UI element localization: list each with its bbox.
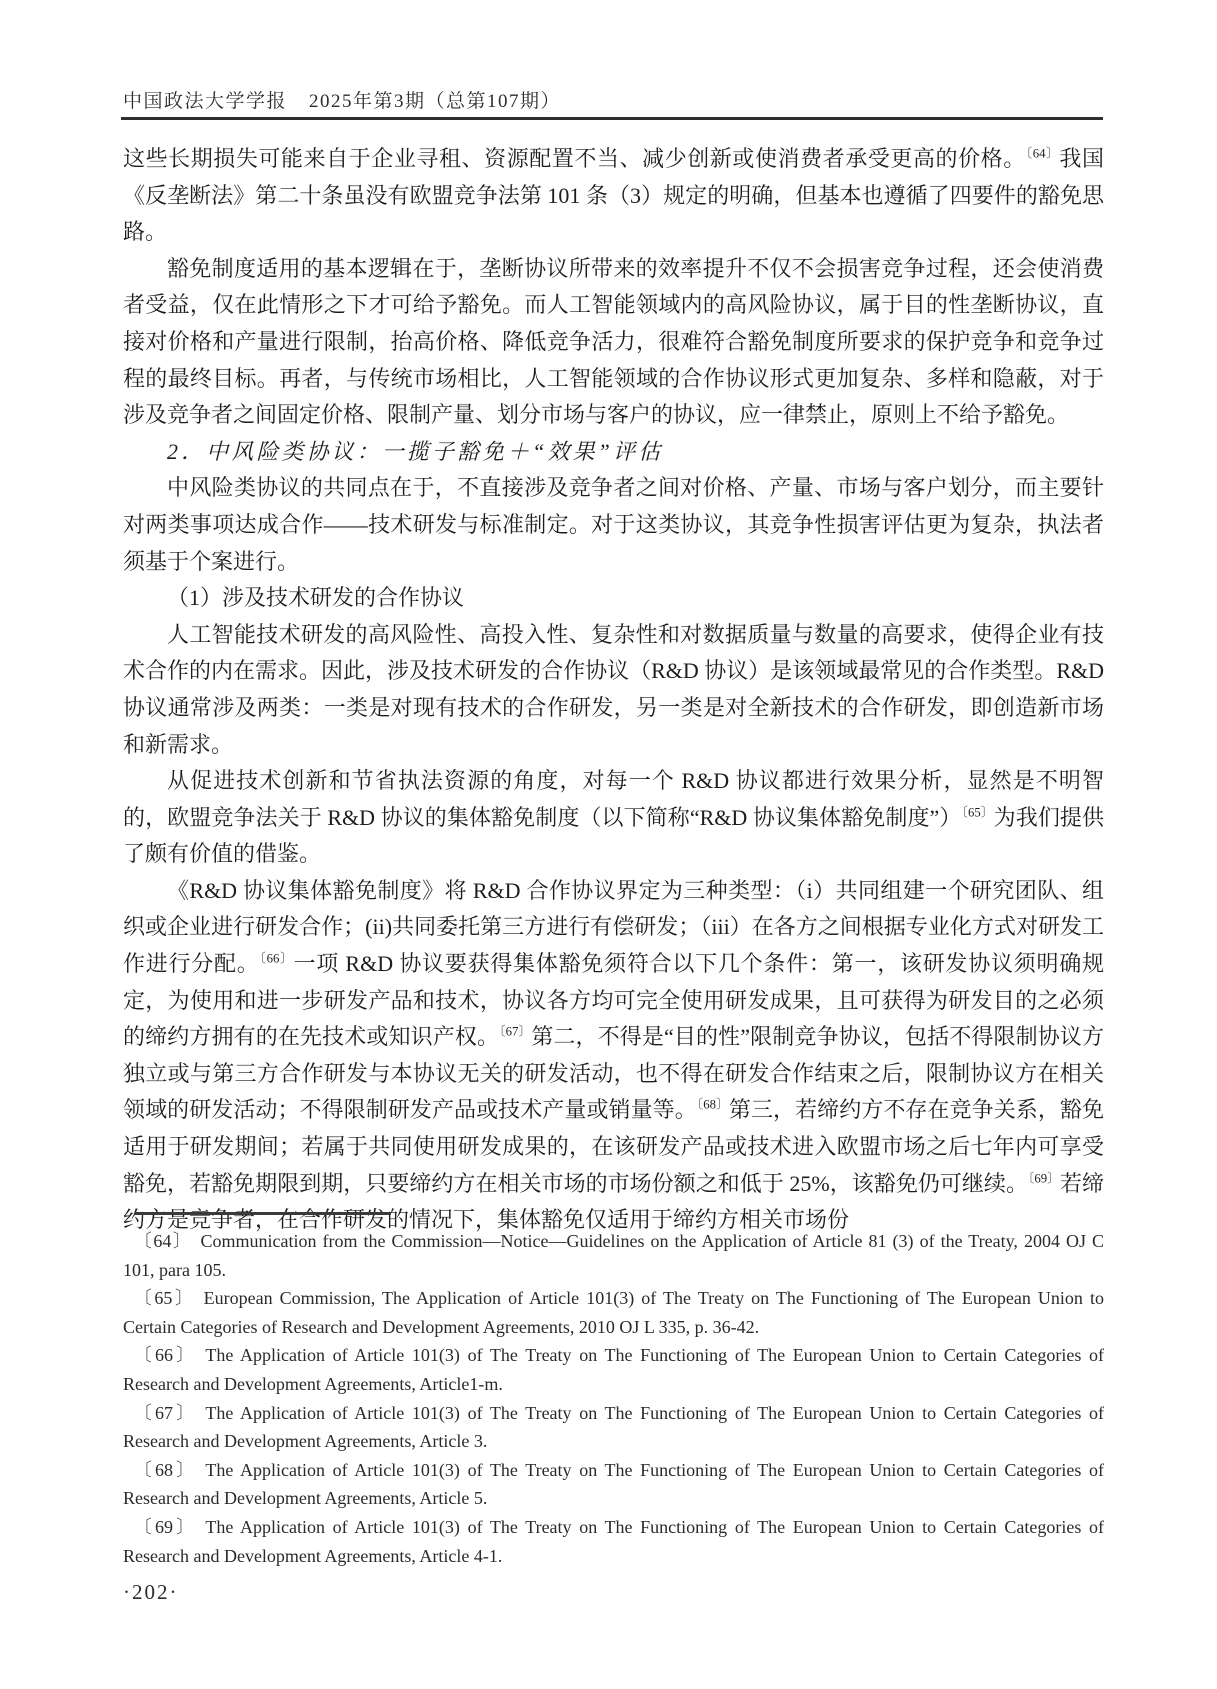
footnotes: 〔64〕Communication from the Commission—No… <box>123 1227 1104 1570</box>
footnote-separator <box>135 1212 391 1215</box>
footnote-ref: 〔67〕 <box>499 1025 531 1039</box>
footnote-marker: 〔66〕 <box>134 1345 197 1365</box>
footnote-ref: 〔68〕 <box>697 1098 729 1112</box>
footnote-marker: 〔69〕 <box>134 1517 197 1537</box>
footnote-ref: 〔69〕 <box>1028 1171 1060 1185</box>
body-paragraph: 人工智能技术研发的高风险性、高投入性、复杂性和对数据质量与数量的高要求，使得企业… <box>123 617 1104 763</box>
journal-page: 中国政法大学学报2025年第3期（总第107期） 这些长期损失可能来自于企业寻租… <box>0 0 1217 1689</box>
body-paragraph: 豁免制度适用的基本逻辑在于，垄断协议所带来的效率提升不仅不会损害竞争过程，还会使… <box>123 251 1104 434</box>
footnote-item: 〔66〕The Application of Article 101(3) of… <box>123 1341 1104 1398</box>
footnote-marker: 〔68〕 <box>134 1460 197 1480</box>
body-paragraph: 这些长期损失可能来自于企业寻租、资源配置不当、减少创新或使消费者承受更高的价格。… <box>123 141 1104 251</box>
footnote-item: 〔64〕Communication from the Commission—No… <box>123 1227 1104 1284</box>
issue-info: 2025年第3期（总第107期） <box>309 91 561 112</box>
body-paragraph: 从促进技术创新和节省执法资源的角度，对每一个 R&D 协议都进行效果分析，显然是… <box>123 763 1104 873</box>
footnote-marker: 〔67〕 <box>134 1403 197 1423</box>
header-rule <box>121 117 1103 120</box>
running-head: 中国政法大学学报2025年第3期（总第107期） <box>123 86 561 113</box>
article-body: 这些长期损失可能来自于企业寻租、资源配置不当、减少创新或使消费者承受更高的价格。… <box>123 141 1104 1239</box>
footnote-ref: 〔66〕 <box>260 952 294 966</box>
footnote-item: 〔65〕European Commission, The Application… <box>123 1284 1104 1341</box>
footnote-item: 〔69〕The Application of Article 101(3) of… <box>123 1513 1104 1570</box>
section-heading: 2．中风险类协议：一揽子豁免＋“效果”评估 <box>123 434 1104 471</box>
journal-title: 中国政法大学学报 <box>123 91 287 112</box>
page-number: ·202· <box>123 1580 179 1605</box>
footnote-ref: 〔65〕 <box>962 805 994 819</box>
footnote-ref: 〔64〕 <box>1026 147 1060 161</box>
footnote-item: 〔68〕The Application of Article 101(3) of… <box>123 1456 1104 1513</box>
body-paragraph: （1）涉及技术研发的合作协议 <box>123 580 1104 617</box>
body-paragraph: 《R&D 协议集体豁免制度》将 R&D 合作协议界定为三种类型：（i）共同组建一… <box>123 873 1104 1239</box>
footnote-item: 〔67〕The Application of Article 101(3) of… <box>123 1399 1104 1456</box>
footnote-marker: 〔65〕 <box>134 1288 196 1308</box>
body-paragraph: 中风险类协议的共同点在于，不直接涉及竞争者之间对价格、产量、市场与客户划分，而主… <box>123 470 1104 580</box>
footnote-marker: 〔64〕 <box>134 1231 193 1251</box>
